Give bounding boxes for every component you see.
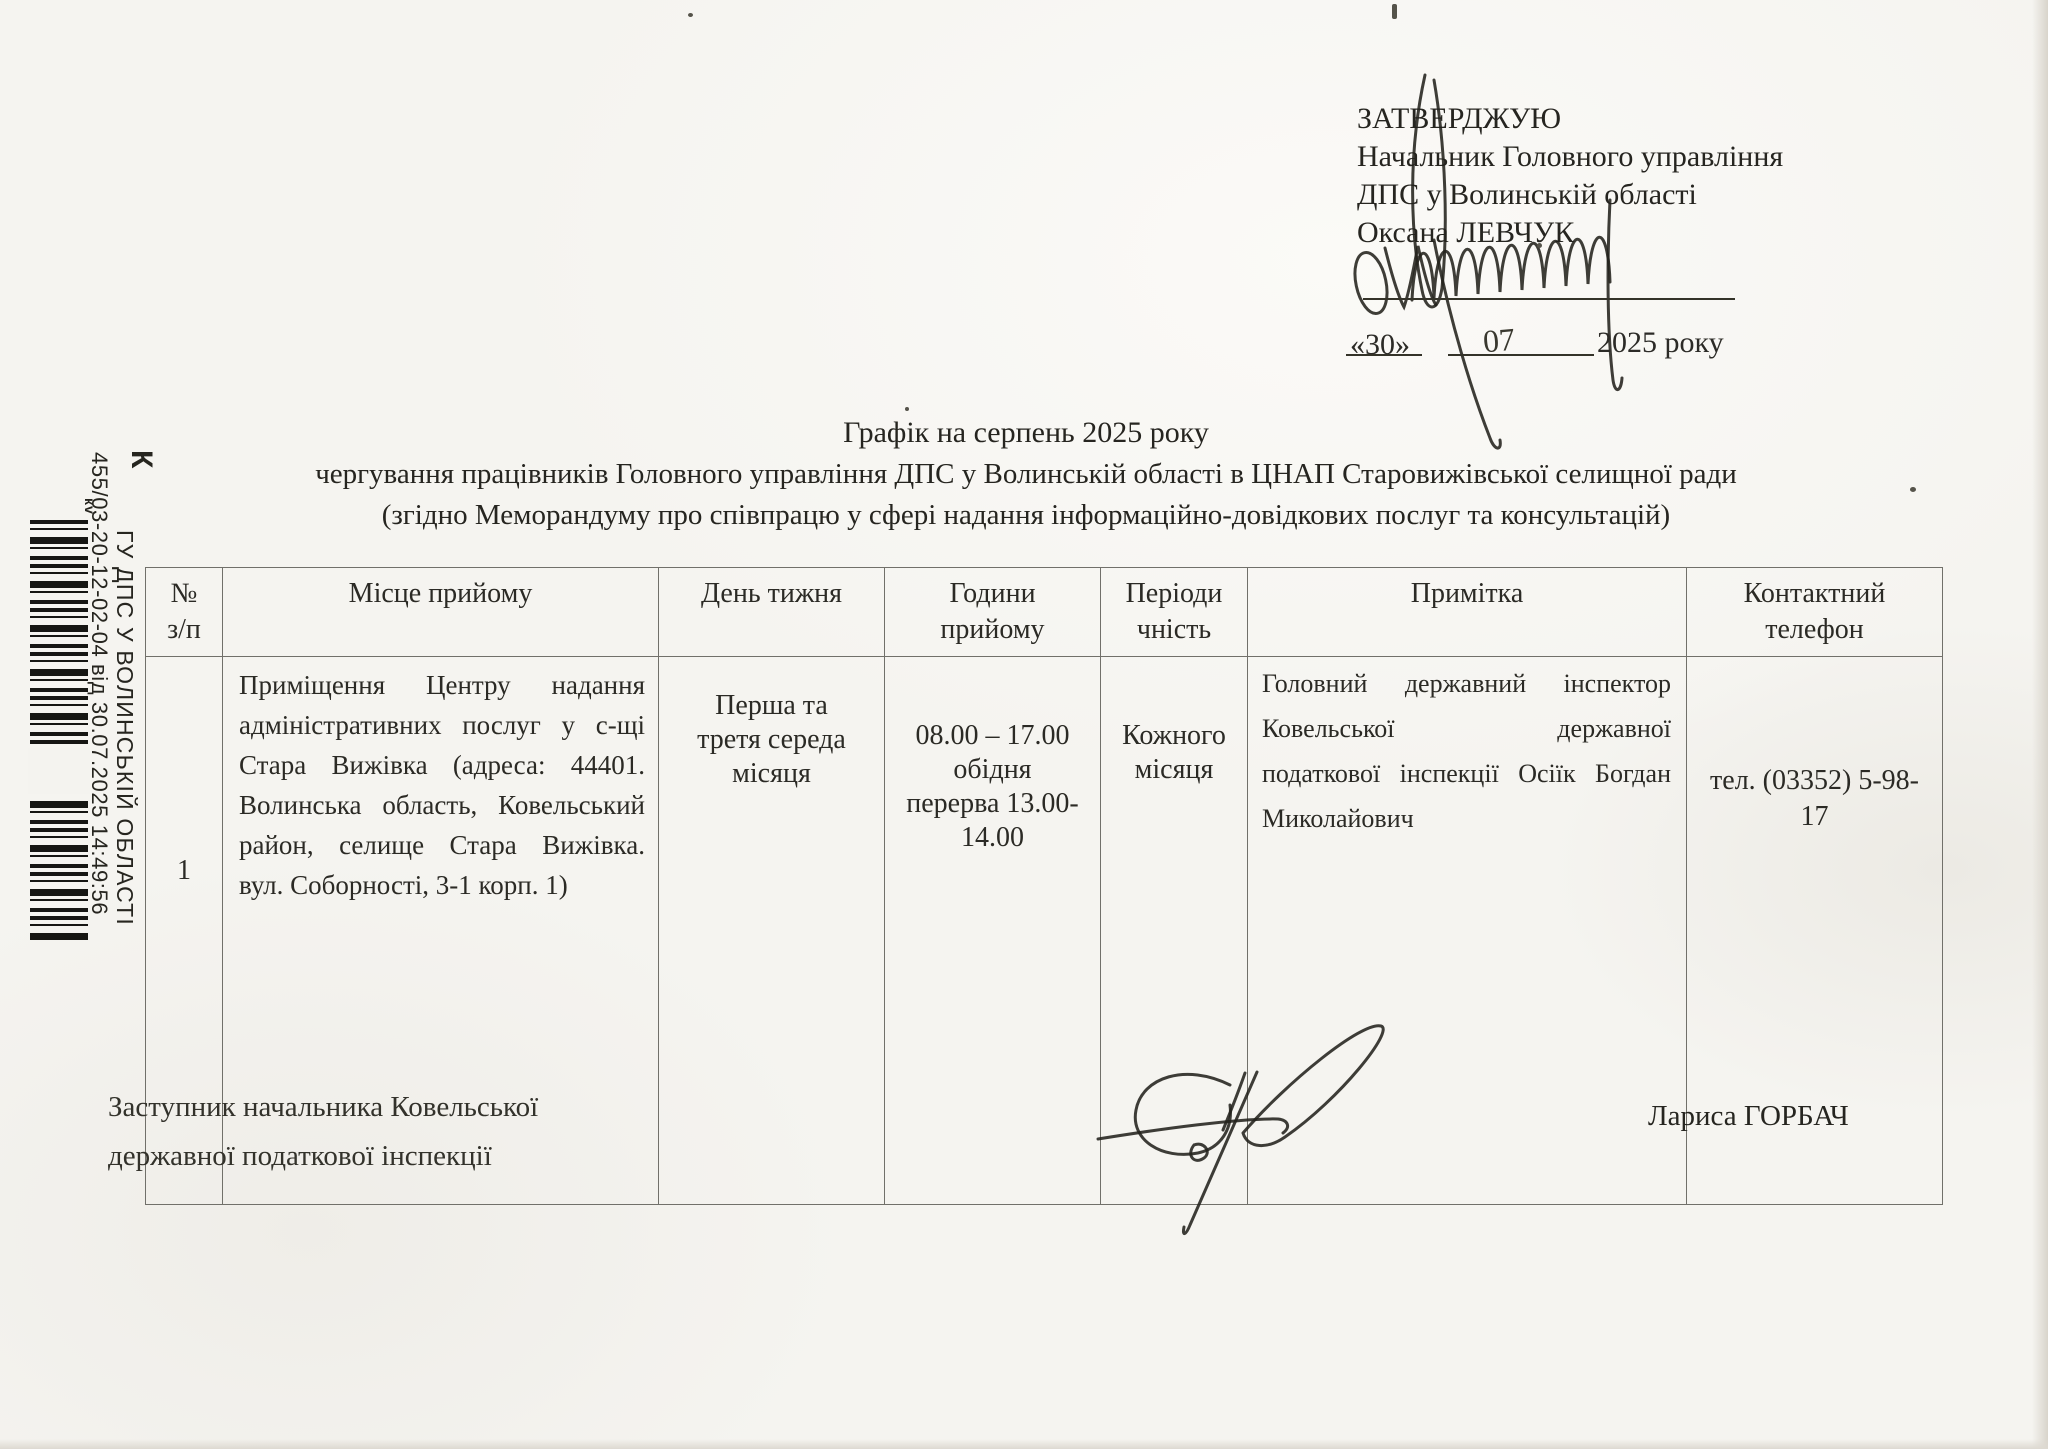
title-line1: Графік на серпень 2025 року: [64, 412, 1988, 454]
deputy-signature: [1090, 1015, 1400, 1245]
cell-weekday: Перша та третя середа місяця: [659, 657, 885, 1205]
header-note: Примітка: [1248, 568, 1687, 657]
side-organization-label: ГУ ДПС У ВОЛИНСЬКІЙ ОБЛАСТІ: [111, 530, 138, 926]
header-phone: Контактний телефон: [1687, 568, 1943, 657]
scan-speck: [1910, 487, 1916, 492]
approval-date-year: 2025 року: [1597, 326, 1724, 360]
scan-edge-shadow-bottom: [0, 1439, 2048, 1449]
scan-speck: [1392, 4, 1397, 19]
cell-hours: 08.00 – 17.00 обідня перерва 13.00- 14.0…: [885, 657, 1101, 1205]
table-header-row: № з/п Місце прийому День тижня Години пр…: [146, 568, 1943, 657]
footer-position: Заступник начальника Ковельської державн…: [108, 1083, 538, 1181]
header-weekday: День тижня: [659, 568, 885, 657]
title-line2: чергування працівників Головного управлі…: [64, 454, 1988, 495]
title-line3: (згідно Меморандуму про співпрацю у сфер…: [64, 495, 1988, 536]
registration-barcode: [30, 520, 88, 940]
scan-speck: [1537, 243, 1542, 248]
scan-speck: [688, 13, 693, 17]
scanned-schedule-document: 455/03-20-12-02-04 від 30.07.2025 14:49:…: [0, 0, 2048, 1449]
date-month-underline: [1448, 354, 1594, 356]
date-day-underline: [1346, 354, 1422, 356]
scan-edge-shadow-right: [2032, 0, 2048, 1449]
barcode-gap: [28, 748, 90, 794]
header-hours: Години прийому: [885, 568, 1101, 657]
header-place: Місце прийому: [223, 568, 659, 657]
document-title: Графік на серпень 2025 року чергування п…: [64, 412, 1988, 536]
header-num: № з/п: [146, 568, 223, 657]
signature-line: [1363, 298, 1735, 300]
footer-signer-name: Лариса ГОРБАЧ: [1648, 1100, 1849, 1133]
scan-speck: [905, 407, 909, 411]
approval-date-day: «30»: [1350, 328, 1410, 362]
header-periodicity: Періоди чність: [1101, 568, 1248, 657]
